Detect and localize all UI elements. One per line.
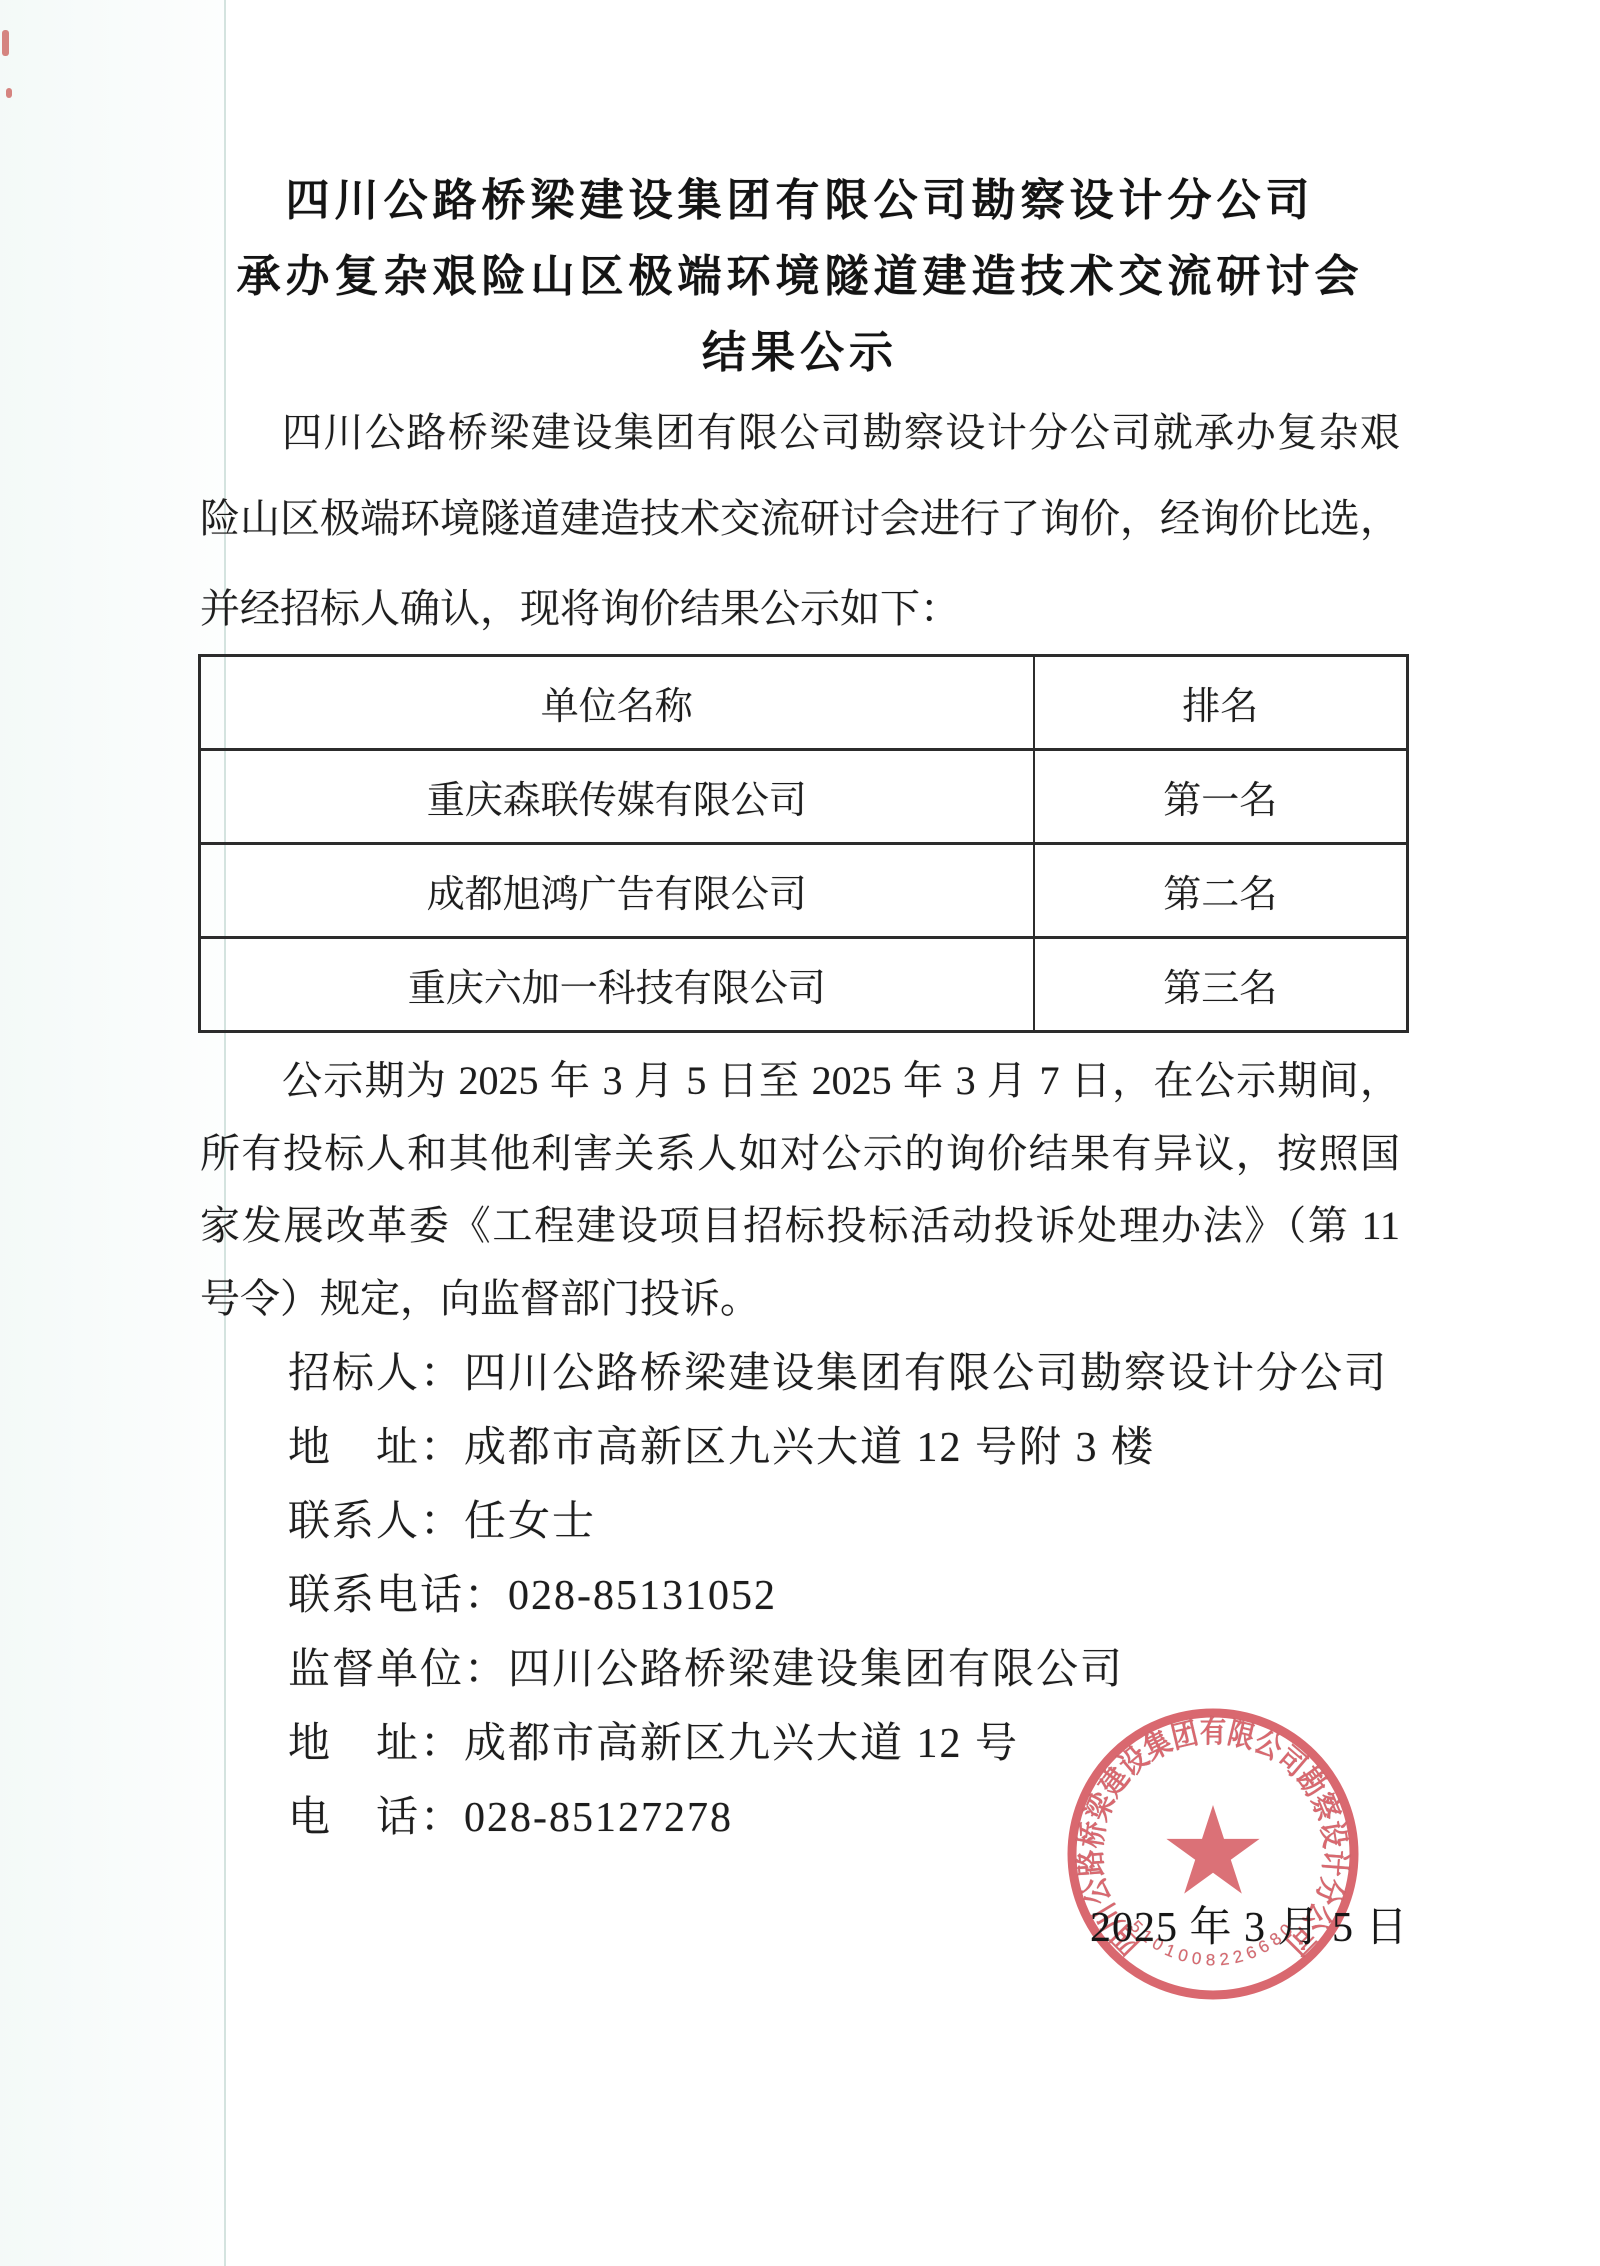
notice-paragraph-line: 所有投标人和其他利害关系人如对公示的询价结果有异议，按照国 (200, 1130, 1400, 1178)
contact-person-line: 联系人：任女士 (288, 1497, 596, 1547)
notice-paragraph-line: 家发展改革委《工程建设项目招标投标活动投诉处理办法》（第 11 (200, 1202, 1400, 1250)
table-row: 成都旭鸿广告有限公司 第二名 (200, 844, 1408, 938)
announcement-date: 2025 年 3 月 5 日 (1090, 1903, 1409, 1953)
table-row: 重庆森联传媒有限公司 第一名 (200, 750, 1408, 844)
rank-cell: 第二名 (1034, 844, 1408, 938)
rank-cell: 第一名 (1034, 750, 1408, 844)
intro-paragraph-line: 四川公路桥梁建设集团有限公司勘察设计分公司就承办复杂艰 (200, 409, 1400, 457)
unit-name-cell: 重庆森联传媒有限公司 (200, 750, 1034, 844)
contact-address-line: 地 址：成都市高新区九兴大道 12 号附 3 楼 (288, 1423, 1155, 1473)
supervision-phone-line: 电 话：028-85127278 (288, 1793, 733, 1843)
intro-paragraph-line: 险山区极端环境隧道建造技术交流研讨会进行了询价，经询价比选， (200, 495, 1400, 543)
document-title-line-1: 四川公路桥梁建设集团有限公司勘察设计分公司 (0, 176, 1600, 227)
column-header-rank: 排名 (1034, 656, 1408, 750)
company-seal-stamp: 四川公路桥梁建设集团有限公司勘察设计分公司 5101008226680 (1058, 1699, 1368, 2009)
contact-tenderer-line: 招标人：四川公路桥梁建设集团有限公司勘察设计分公司 (288, 1349, 1388, 1399)
scanned-document-page: 四川公路桥梁建设集团有限公司勘察设计分公司 承办复杂艰险山区极端环境隧道建造技术… (0, 0, 1600, 2266)
notice-paragraph-line: 号令）规定，向监督部门投诉。 (200, 1275, 1400, 1323)
document-title-line-2: 承办复杂艰险山区极端环境隧道建造技术交流研讨会 (0, 252, 1600, 303)
scan-red-speck (2, 30, 9, 56)
column-header-unit-name: 单位名称 (200, 656, 1034, 750)
supervision-unit-line: 监督单位：四川公路桥梁建设集团有限公司 (288, 1645, 1124, 1695)
scan-red-speck (6, 88, 12, 98)
seal-star-icon (1166, 1805, 1259, 1894)
ranking-table: 单位名称 排名 重庆森联传媒有限公司 第一名 成都旭鸿广告有限公司 第二名 重庆… (198, 654, 1409, 1033)
contact-phone-line: 联系电话：028-85131052 (288, 1571, 777, 1621)
unit-name-cell: 重庆六加一科技有限公司 (200, 938, 1034, 1032)
unit-name-cell: 成都旭鸿广告有限公司 (200, 844, 1034, 938)
supervision-address-line: 地 址：成都市高新区九兴大道 12 号 (288, 1719, 1019, 1769)
table-header-row: 单位名称 排名 (200, 656, 1408, 750)
document-title-line-3: 结果公示 (0, 328, 1600, 379)
notice-paragraph-line: 公示期为 2025 年 3 月 5 日至 2025 年 3 月 7 日，在公示期… (200, 1057, 1400, 1105)
table-row: 重庆六加一科技有限公司 第三名 (200, 938, 1408, 1032)
intro-paragraph-line: 并经招标人确认，现将询价结果公示如下： (200, 585, 1400, 633)
rank-cell: 第三名 (1034, 938, 1408, 1032)
